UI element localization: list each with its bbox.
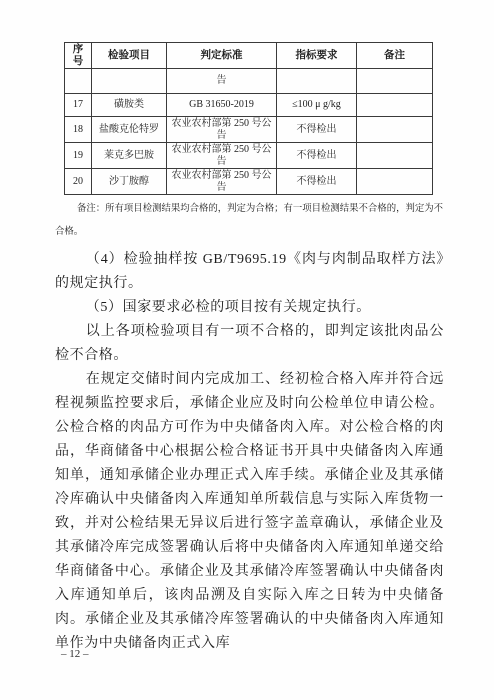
table-row: 20 沙丁胺醇 农业农村部第 250 号公告 不得检出 bbox=[65, 169, 433, 195]
cell-remark bbox=[357, 117, 433, 143]
document-page: 序号 检验项目 判定标准 指标要求 备注 告 17 磺胺类 GB 31650-2… bbox=[0, 0, 494, 700]
cell-serial-number: 17 bbox=[65, 94, 92, 117]
table-row: 17 磺胺类 GB 31650-2019 ≤100 μ g/kg bbox=[65, 94, 433, 117]
cell-inspection-item: 磺胺类 bbox=[92, 94, 167, 117]
table-remarks-note: 备注：所有项目检测结果均合格的，判定为合格；有一项目检测结果不合格的，判定为不合… bbox=[55, 198, 443, 244]
table-row: 告 bbox=[65, 69, 433, 94]
inspection-items-table: 序号 检验项目 判定标准 指标要求 备注 告 17 磺胺类 GB 31650-2… bbox=[64, 42, 433, 195]
table-row: 18 盐酸克伦特罗 农业农村部第 250 号公告 不得检出 bbox=[65, 117, 433, 143]
cell-judgment-standard: 农业农村部第 250 号公告 bbox=[167, 117, 277, 143]
cell-judgment-standard: GB 31650-2019 bbox=[167, 94, 277, 117]
cell-judgment-standard: 告 bbox=[167, 69, 277, 94]
cell-serial-number: 19 bbox=[65, 143, 92, 169]
cell-remark bbox=[357, 94, 433, 117]
page-number: – 12 – bbox=[61, 648, 89, 660]
cell-inspection-item: 莱克多巴胺 bbox=[92, 143, 167, 169]
cell-serial-number: 18 bbox=[65, 117, 92, 143]
cell-remark bbox=[357, 69, 433, 94]
cell-indicator-requirement bbox=[277, 69, 357, 94]
table-row: 19 莱克多巴胺 农业农村部第 250 号公告 不得检出 bbox=[65, 143, 433, 169]
cell-indicator-requirement: 不得检出 bbox=[277, 169, 357, 195]
col-header-serial-number: 序号 bbox=[65, 43, 92, 69]
cell-inspection-item: 盐酸克伦特罗 bbox=[92, 117, 167, 143]
cell-serial-number bbox=[65, 69, 92, 94]
cell-indicator-requirement: 不得检出 bbox=[277, 117, 357, 143]
col-header-remark: 备注 bbox=[357, 43, 433, 69]
cell-remark bbox=[357, 169, 433, 195]
paragraph-storage-procedure: 在规定交储时间内完成加工、经初检合格入库并符合远程视频监控要求后，承储企业应及时… bbox=[55, 368, 444, 656]
col-header-judgment-standard: 判定标准 bbox=[167, 43, 277, 69]
cell-inspection-item bbox=[92, 69, 167, 94]
col-header-indicator-requirement: 指标要求 bbox=[277, 43, 357, 69]
paragraph-national-requirement: （5）国家要求必检的项目按有关规定执行。 bbox=[55, 296, 444, 320]
col-header-inspection-item: 检验项目 bbox=[92, 43, 167, 69]
body-text: （4）检验抽样按 GB/T9695.19《肉与肉制品取样方法》的规定执行。 （5… bbox=[55, 248, 444, 656]
cell-inspection-item: 沙丁胺醇 bbox=[92, 169, 167, 195]
cell-indicator-requirement: ≤100 μ g/kg bbox=[277, 94, 357, 117]
cell-remark bbox=[357, 143, 433, 169]
cell-serial-number: 20 bbox=[65, 169, 92, 195]
paragraph-fail-judgment: 以上各项检验项目有一项不合格的，即判定该批肉品公检不合格。 bbox=[55, 320, 444, 368]
cell-judgment-standard: 农业农村部第 250 号公告 bbox=[167, 169, 277, 195]
cell-indicator-requirement: 不得检出 bbox=[277, 143, 357, 169]
table-header-row: 序号 检验项目 判定标准 指标要求 备注 bbox=[65, 43, 433, 69]
paragraph-sampling-rule: （4）检验抽样按 GB/T9695.19《肉与肉制品取样方法》的规定执行。 bbox=[55, 248, 444, 296]
cell-judgment-standard: 农业农村部第 250 号公告 bbox=[167, 143, 277, 169]
